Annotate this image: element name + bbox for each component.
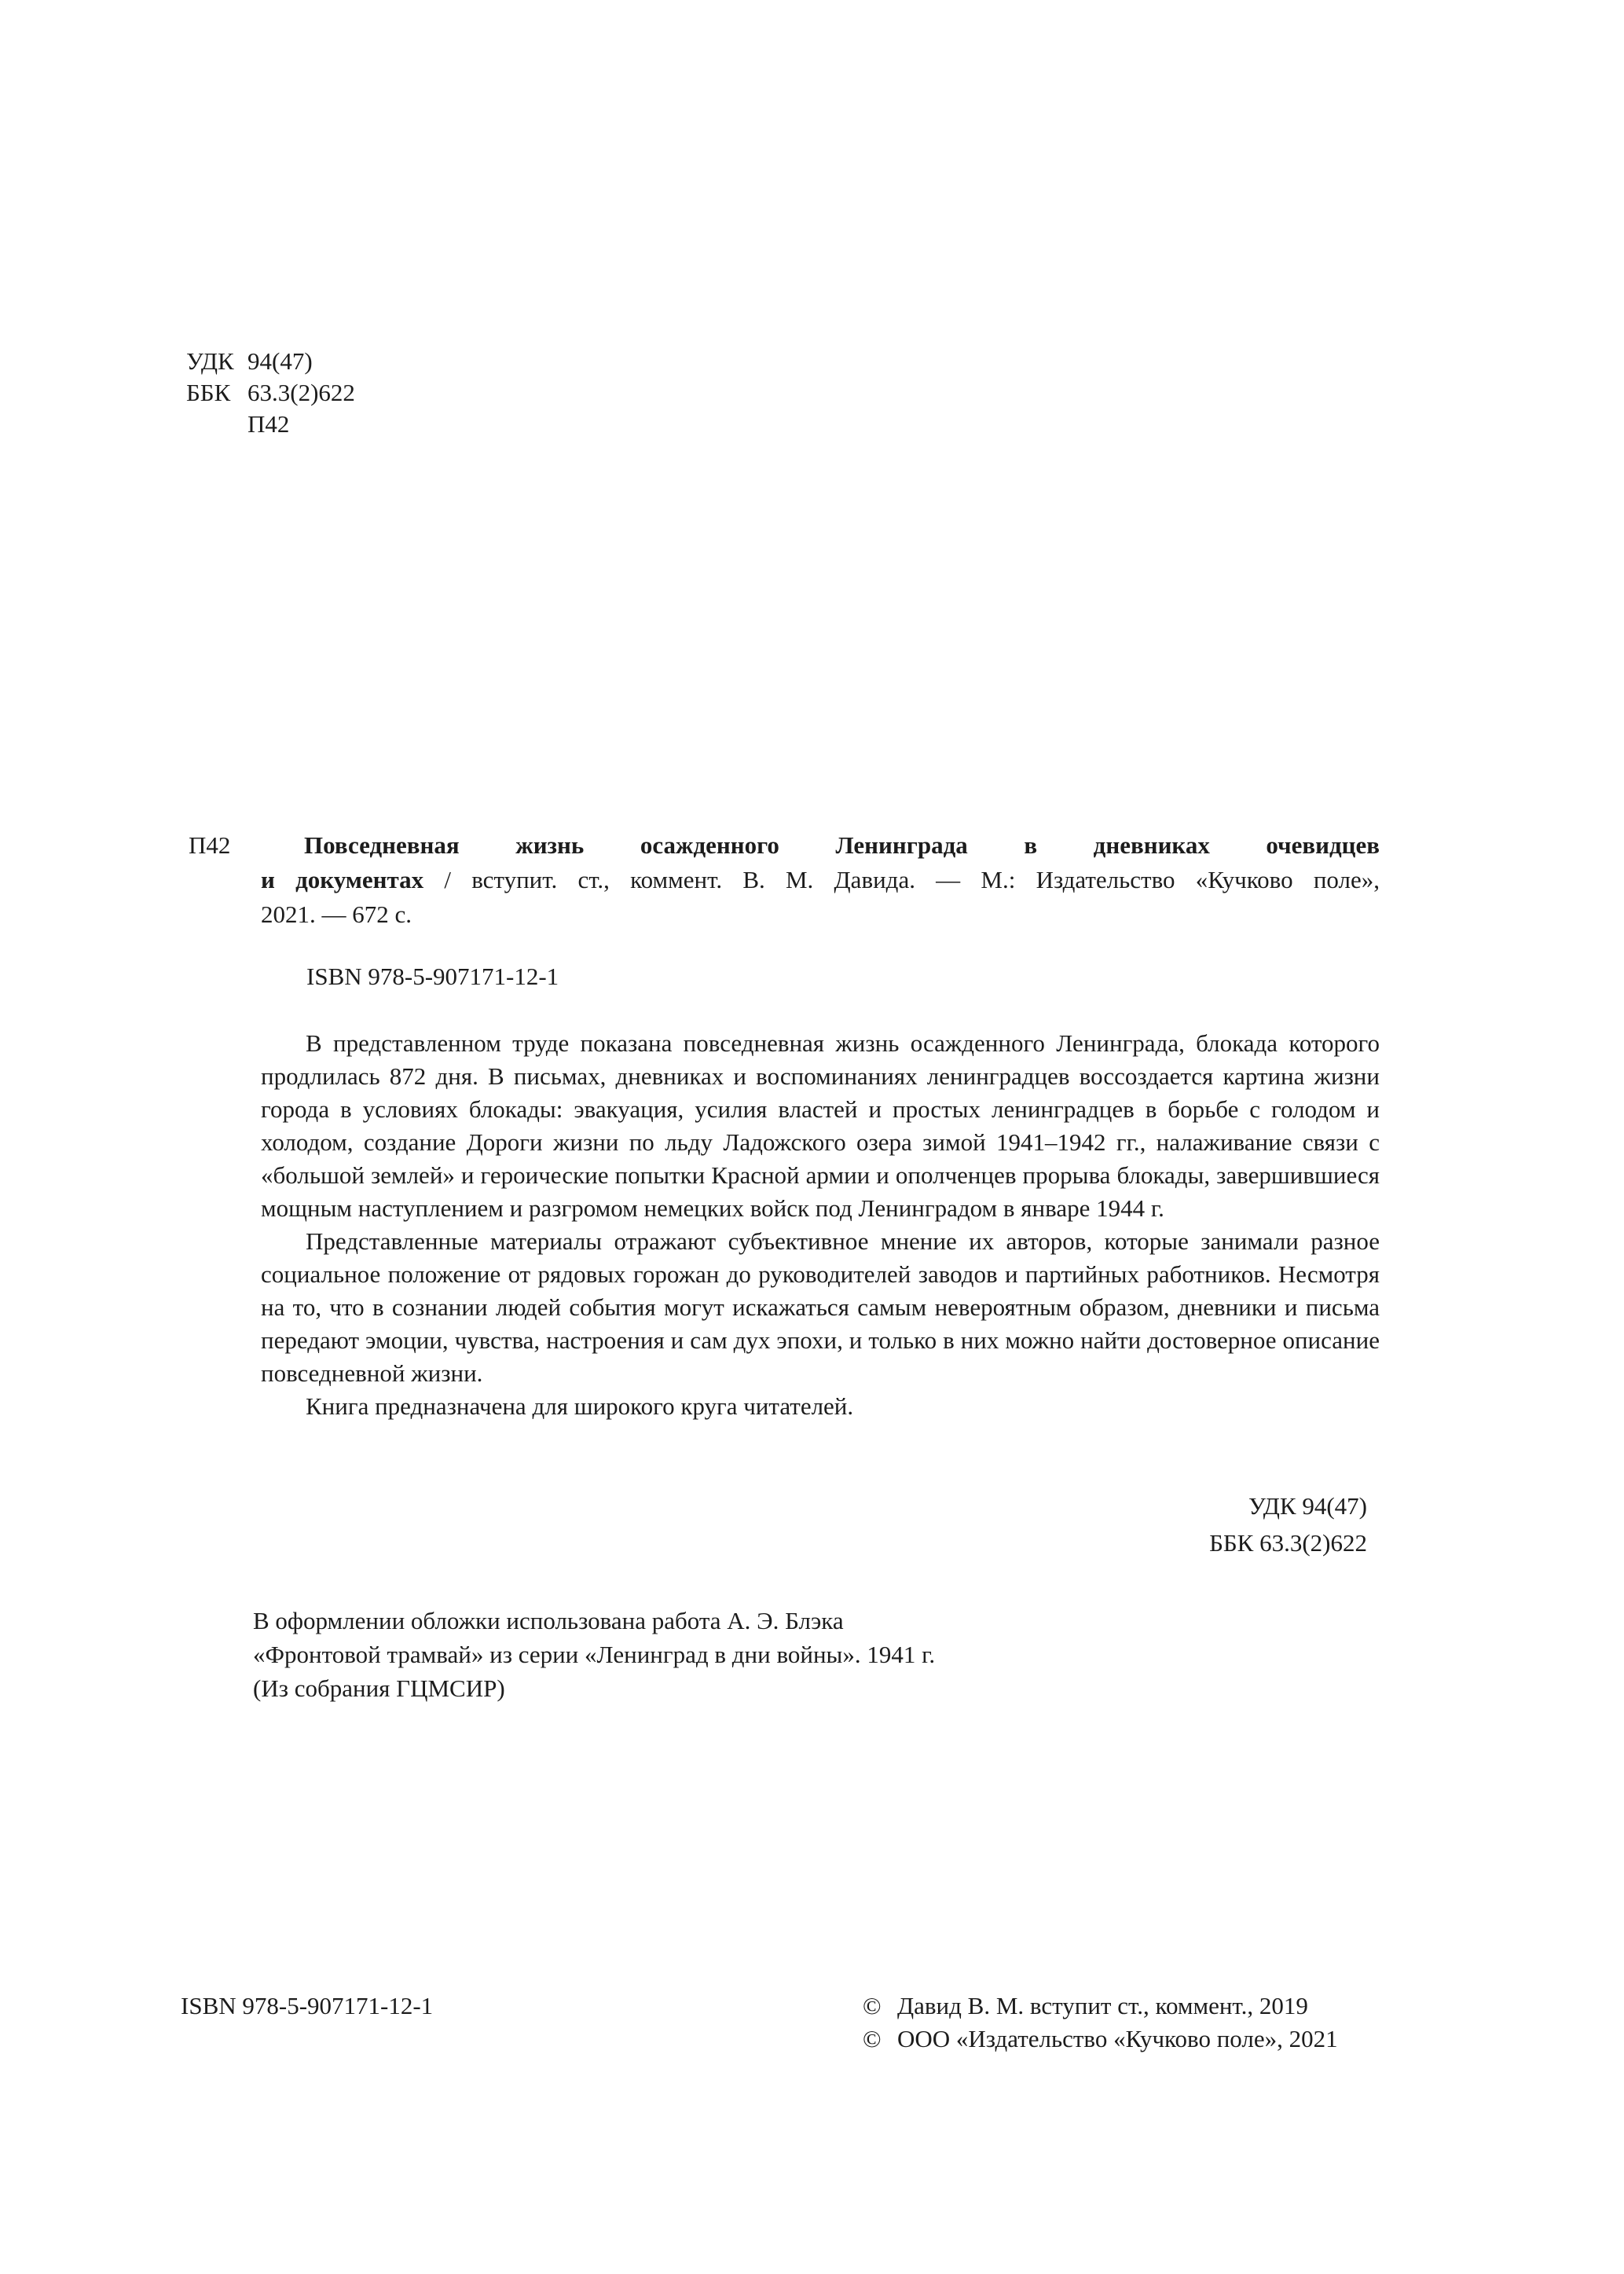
copyright-text-2: ООО «Издательство «Кучково поле», 2021 — [897, 2023, 1338, 2056]
annotation-block: В представленном труде показана повседне… — [261, 1027, 1380, 1423]
cover-credit-line-1: В оформлении обложки использована работа… — [253, 1604, 935, 1638]
cover-credit-line-3: (Из собрания ГЦМСИР) — [253, 1671, 935, 1705]
bbk-row: ББК 63.3(2)622 — [186, 377, 355, 409]
udk-value: 94(47) — [247, 346, 355, 377]
copyright-block: © Давид В. М. вступит ст., коммент., 201… — [863, 1990, 1338, 2056]
copyright-line-1: © Давид В. М. вступит ст., коммент., 201… — [863, 1990, 1338, 2023]
copyright-symbol-2: © — [863, 2023, 897, 2056]
udk-label: УДК — [186, 346, 247, 377]
copyright-line-2: © ООО «Издательство «Кучково поле», 2021 — [863, 2023, 1338, 2056]
annotation-paragraph-2: Представленные материалы отражают субъек… — [261, 1225, 1380, 1390]
bbk-value: 63.3(2)622 — [247, 377, 355, 409]
catalog-record-title-line2: и документах — [261, 866, 423, 893]
bbk-right: ББК 63.3(2)622 — [1209, 1524, 1367, 1561]
footer-isbn: ISBN 978-5-907171-12-1 — [181, 1990, 433, 2023]
copyright-text-1: Давид В. М. вступит ст., коммент., 2019 — [897, 1990, 1338, 2023]
annotation-paragraph-1: В представленном труде показана повседне… — [261, 1027, 1380, 1225]
catalog-record: Повседневная жизнь осажденного Ленинград… — [261, 828, 1380, 932]
isbn-top: ISBN 978-5-907171-12-1 — [306, 960, 559, 993]
udk-row: УДК 94(47) — [186, 346, 355, 377]
author-sign-spacer — [186, 409, 247, 440]
catalog-record-title-line1: Повседневная жизнь осажденного Ленинград… — [261, 828, 1380, 863]
catalog-record-line2: и документах / вступит. ст., коммент. В.… — [261, 863, 1380, 897]
catalog-record-imprint: / вступит. ст., коммент. В. М. Давида. —… — [423, 866, 1380, 893]
catalog-record-line3: 2021. — 672 с. — [261, 897, 1380, 932]
catalog-record-label: П42 — [189, 828, 230, 863]
udk-right: УДК 94(47) — [1209, 1487, 1367, 1524]
classification-right-block: УДК 94(47) ББК 63.3(2)622 — [1209, 1487, 1367, 1561]
author-sign: П42 — [247, 409, 355, 440]
imprint-page: УДК 94(47) ББК 63.3(2)622 П42 П42 Повсед… — [0, 0, 1624, 2274]
cover-credit-block: В оформлении обложки использована работа… — [253, 1604, 935, 1705]
author-sign-row: П42 — [186, 409, 355, 440]
copyright-symbol-1: © — [863, 1990, 897, 2023]
bbk-label: ББК — [186, 377, 247, 409]
top-classification-block: УДК 94(47) ББК 63.3(2)622 П42 — [186, 346, 355, 440]
cover-credit-line-2: «Фронтовой трамвай» из серии «Ленинград … — [253, 1638, 935, 1671]
annotation-paragraph-3: Книга предназначена для широкого круга ч… — [261, 1390, 1380, 1423]
